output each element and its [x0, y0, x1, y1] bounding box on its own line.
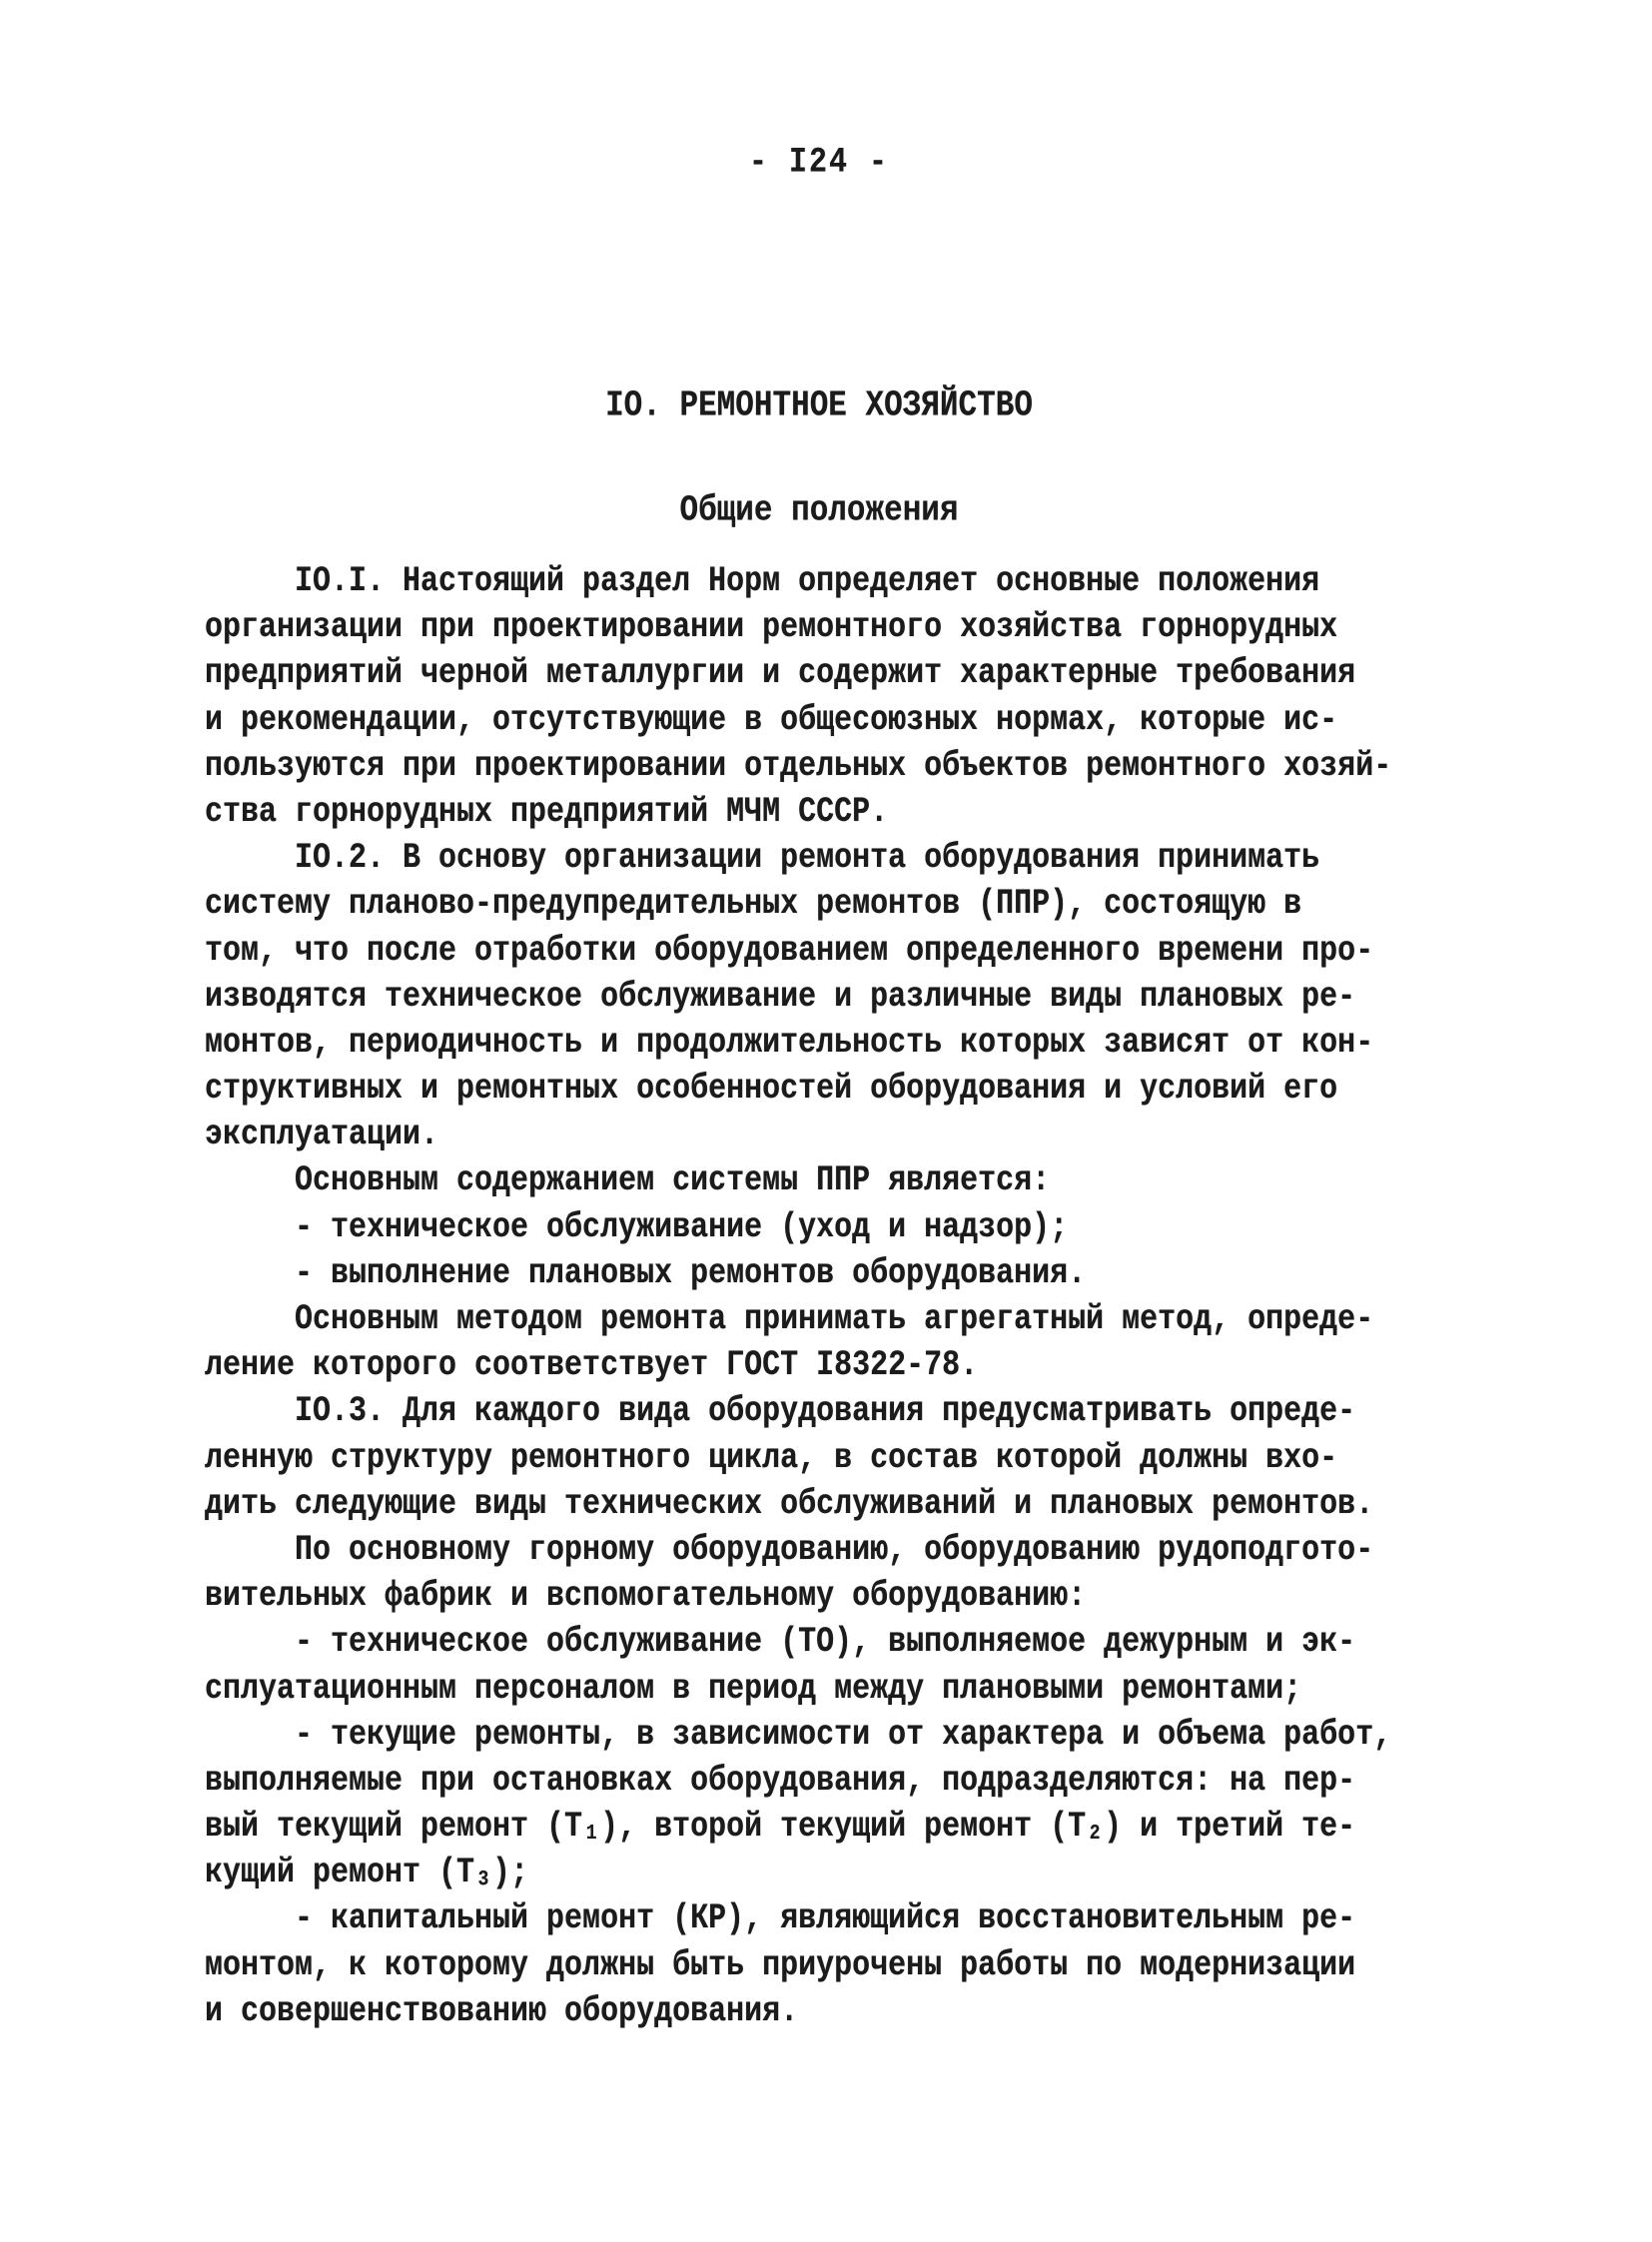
- body-text: IO.I. Настоящий раздел Норм определяет о…: [205, 559, 1448, 2035]
- section-title: IO. РЕМОНТНОЕ ХОЗЯЙСТВО: [205, 385, 1433, 426]
- document-page: - I24 - IO. РЕМОНТНОЕ ХОЗЯЙСТВО Общие по…: [0, 0, 1652, 2242]
- text-line: и совершенствованию оборудования.: [205, 1985, 1448, 2040]
- page-number: - I24 -: [205, 143, 1433, 183]
- section-subtitle: Общие положения: [205, 490, 1433, 531]
